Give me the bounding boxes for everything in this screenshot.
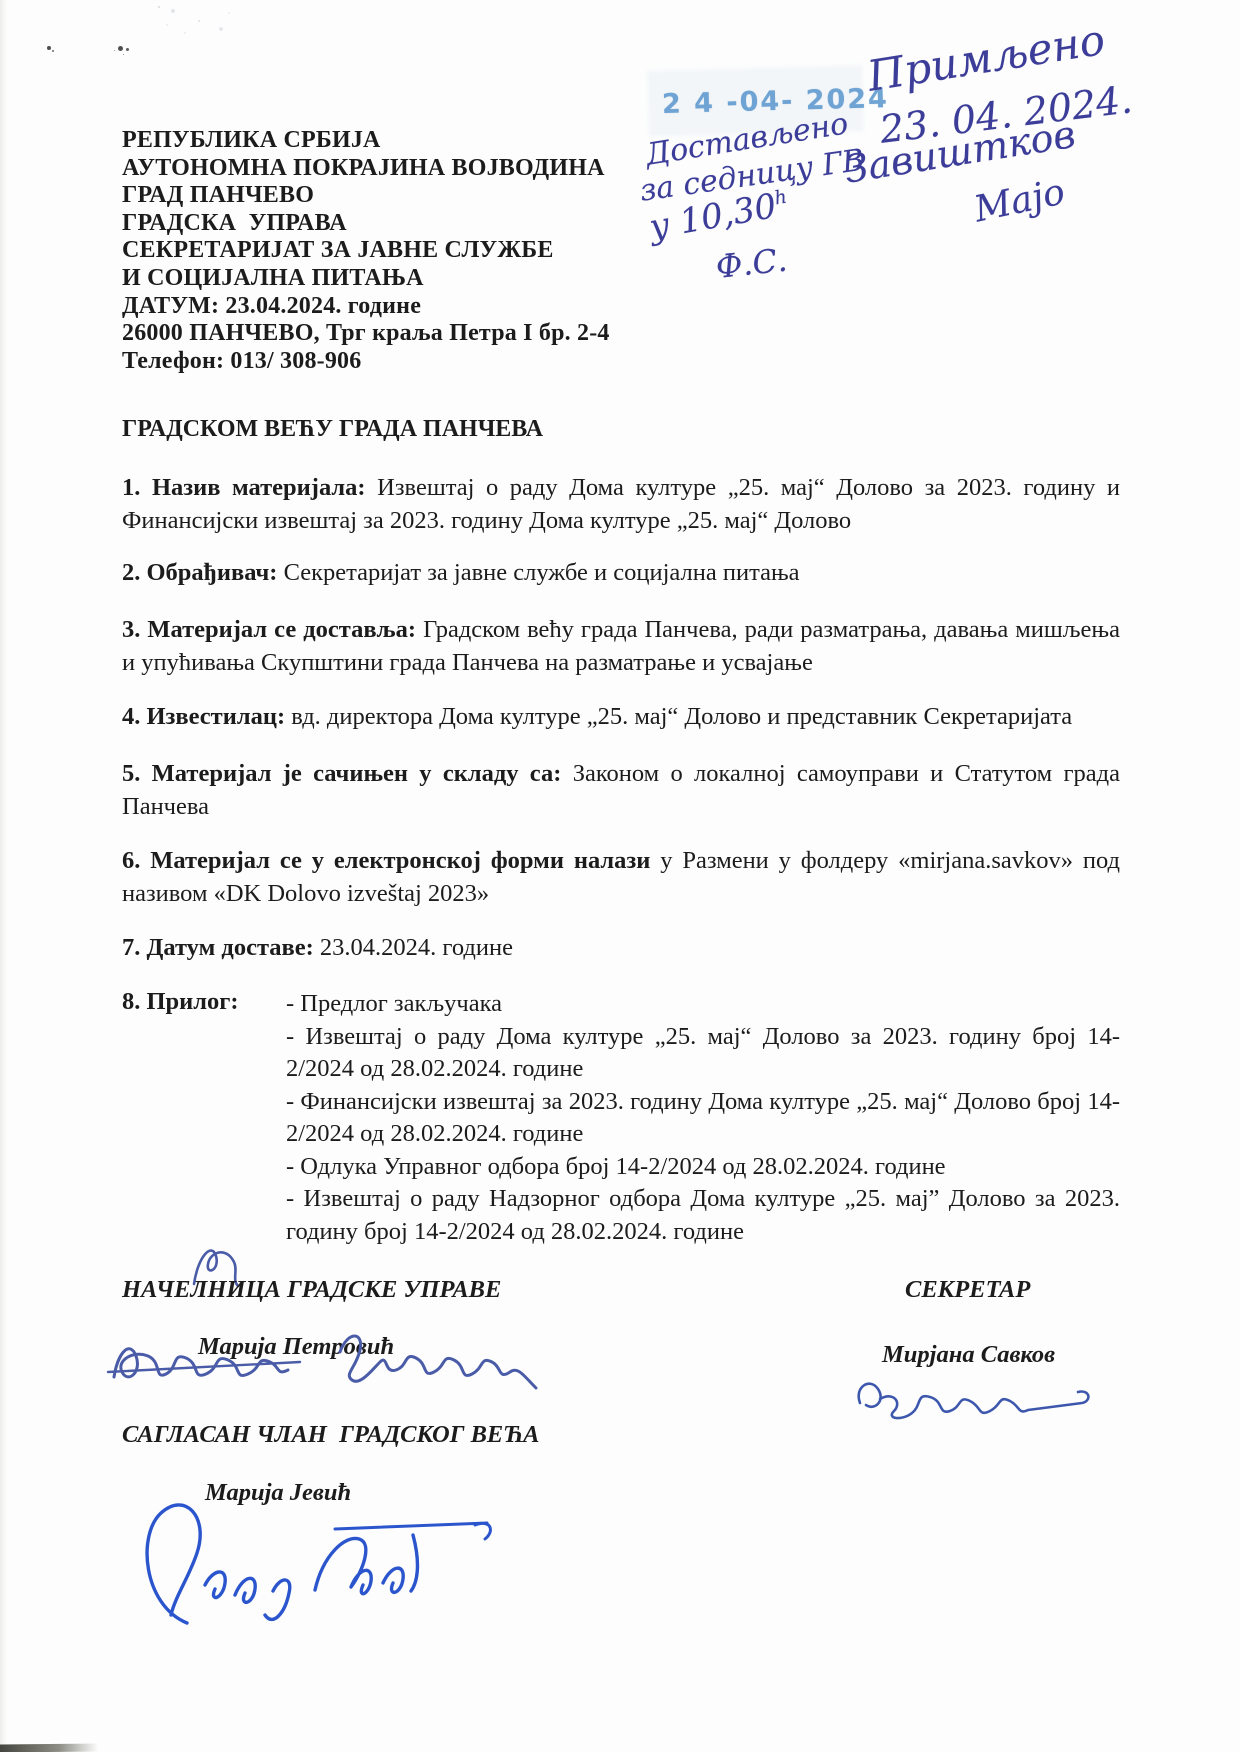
handwriting-name-2: Мајо — [971, 171, 1069, 230]
letterhead-phone-line: Телефон: 013/ 308-906 — [122, 348, 610, 376]
scan-corner-strip — [0, 1743, 98, 1752]
para-label: 4. Известилац: — [122, 703, 285, 730]
letterhead: РЕПУБЛИКА СРБИЈА АУТОНОМНА ПОКРАЈИНА ВОЈ… — [122, 127, 610, 375]
para-material-name: 1. Назив материјала: Извештај о раду Дом… — [122, 472, 1120, 537]
para-reporter: 4. Известилац: вд. директора Дома култур… — [122, 701, 1120, 734]
para-legal-basis: 5. Материјал је сачињен у складу са: Зак… — [122, 758, 1120, 823]
attachment-item: - Финансијски извештај за 2023. годину Д… — [286, 1086, 1120, 1151]
signature-ink-member — [135, 1495, 505, 1635]
attachment-item: - Одлука Управног одбора број 14-2/2024 … — [286, 1151, 1120, 1184]
para-electronic-form: 6. Материјал се у електронској форми нал… — [122, 845, 1120, 910]
para-label: 6. Материјал се у електронској форми нал… — [122, 847, 650, 874]
para-delivered-to: 3. Материјал се доставља: Градском већу … — [122, 614, 1120, 679]
para-label: 7. Датум доставе: — [122, 934, 314, 961]
letterhead-line: ГРАД ПАНЧЕВО — [122, 182, 610, 210]
letterhead-line: РЕПУБЛИКА СРБИЈА — [122, 127, 610, 155]
letterhead-address-line: 26000 ПАНЧЕВО, Трг краља Петра I бр. 2-4 — [122, 320, 610, 348]
scan-speckle-cluster — [158, 6, 160, 8]
signature-title-secretary: СЕКРЕТАР — [905, 1276, 1030, 1304]
para-text: 23.04.2024. године — [320, 934, 513, 961]
attachments-label: 8. Прилог: — [122, 988, 239, 1016]
para-label: 3. Материјал се доставља: — [122, 616, 416, 643]
signature-title-chief: НАЧЕЛНИЦА ГРАДСКЕ УПРАВЕ — [122, 1276, 501, 1304]
handwriting-initials: Ф.С. — [714, 241, 789, 286]
letterhead-line: АУТОНОМНА ПОКРАЈИНА ВОЈВОДИНА — [122, 155, 610, 183]
signature-ink-secretary — [850, 1365, 1112, 1431]
para-delivery-date: 7. Датум доставе: 23.04.2024. године — [122, 932, 1120, 965]
attachment-item: - Извештај о раду Надзорног одбора Дома … — [286, 1183, 1120, 1248]
attachment-item: - Предлог закључака — [286, 988, 1120, 1021]
document-page: РЕПУБЛИКА СРБИЈА АУТОНОМНА ПОКРАЈИНА ВОЈ… — [0, 0, 1240, 1752]
scan-speck — [118, 46, 123, 51]
para-label: 1. Назив материјала: — [122, 474, 366, 501]
letterhead-line: СЕКРЕТАРИЈАТ ЗА ЈАВНЕ СЛУЖБЕ — [122, 237, 610, 265]
scan-edge-shade — [0, 0, 7, 1752]
signature-title-member: САГЛАСАН ЧЛАН ГРАДСКОГ ВЕЋА — [122, 1421, 539, 1449]
attachments-list: - Предлог закључака - Извештај о раду До… — [286, 988, 1120, 1248]
para-label: 5. Материјал је сачињен у складу са: — [122, 760, 561, 787]
signature-ink-chief — [104, 1322, 544, 1417]
para-label: 2. Обрађивач: — [122, 559, 277, 586]
para-processor: 2. Обрађивач: Секретаријат за јавне служ… — [122, 557, 1120, 590]
handwriting-time-unit: h — [773, 187, 789, 210]
date-stamp: 2 4 -04- 2024 — [662, 83, 890, 120]
letterhead-line: И СОЦИЈАЛНА ПИТАЊА — [122, 265, 610, 293]
scan-speck — [47, 46, 51, 50]
letterhead-line: ГРАДСКА УПРАВА — [122, 210, 610, 238]
letterhead-date-line: ДАТУМ: 23.04.2024. године — [122, 293, 610, 321]
attachment-item: - Извештај о раду Дома културе „25. мај“… — [286, 1021, 1120, 1086]
para-text: Секретаријат за јавне службе и социјална… — [284, 559, 800, 586]
recipient-title: ГРАДСКОМ ВЕЋУ ГРАДА ПАНЧЕВА — [122, 416, 543, 443]
para-text: вд. директора Дома културе „25. мај“ Дол… — [291, 703, 1072, 730]
